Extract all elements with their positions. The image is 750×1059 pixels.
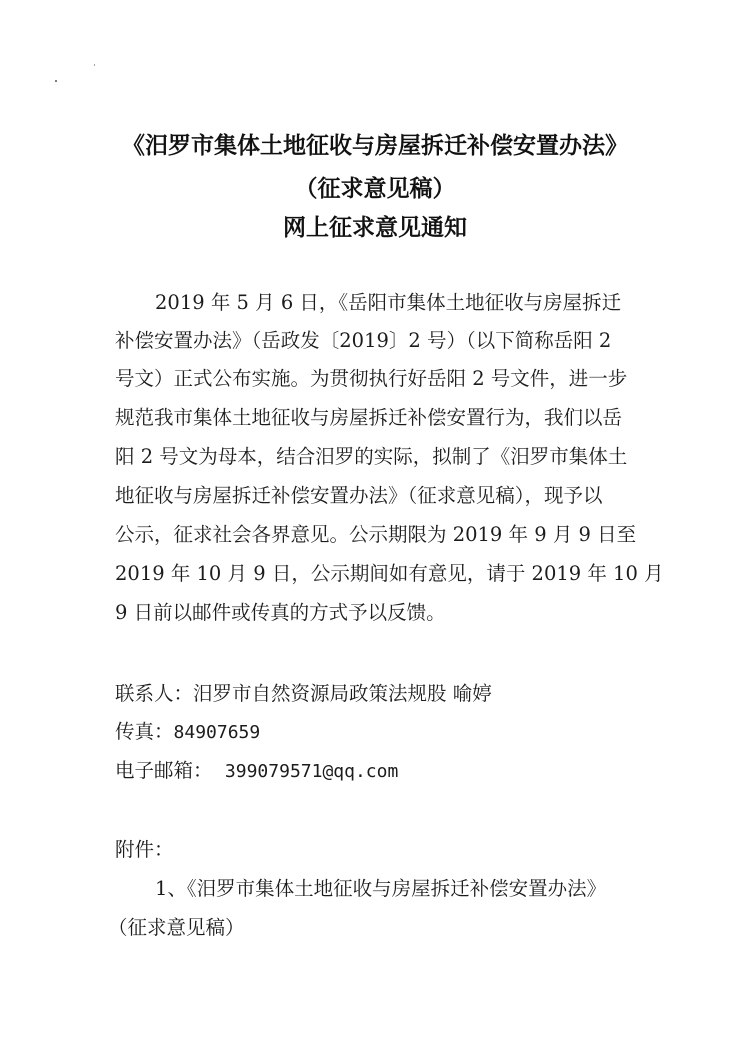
- document-title: 《汨罗市集体土地征收与房屋拆迁补偿安置办法》: [0, 127, 750, 160]
- contact-value: 汨罗市自然资源局政策法规股 喻婷: [193, 682, 492, 705]
- attachments-label: 附件：: [115, 834, 174, 862]
- body-line: 9 日前以邮件或传真的方式予以反馈。: [115, 597, 446, 625]
- fax-row: 传真：84907659: [115, 716, 260, 744]
- fax-label: 传真：: [115, 720, 174, 743]
- attachment-item: 1、《汨罗市集体土地征收与房屋拆迁补偿安置办法》: [155, 873, 606, 901]
- email-row: 电子邮箱： 399079571@qq.com: [115, 755, 398, 783]
- scan-speck: [55, 80, 57, 82]
- body-line: 阳 2 号文为母本，结合汨罗的实际，拟制了《汨罗市集体土: [115, 441, 627, 469]
- body-line: 公示，征求社会各界意见。公示期限为 2019 年 9 月 9 日至: [115, 519, 636, 547]
- document-subtitle: （征求意见稿）: [0, 170, 750, 203]
- body-line: 规范我市集体土地征收与房屋拆迁补偿安置行为，我们以岳: [115, 402, 622, 430]
- document-heading: 网上征求意见通知: [0, 209, 750, 242]
- attachment-item-continued: （征求意见稿）: [108, 912, 245, 940]
- body-line: 2019 年 5 月 6 日，《岳阳市集体土地征收与房屋拆迁: [155, 287, 621, 315]
- scan-speck: [94, 64, 95, 66]
- contact-label: 联系人：: [115, 682, 193, 705]
- body-line: 补偿安置办法》（岳政发〔2019〕2 号）（以下简称岳阳 2: [115, 325, 611, 353]
- body-line: 号文）正式公布实施。为贯彻执行好岳阳 2 号文件，进一步: [115, 363, 627, 391]
- email-value: 399079571@qq.com: [225, 761, 398, 782]
- contact-row: 联系人：汨罗市自然资源局政策法规股 喻婷: [115, 678, 492, 706]
- email-label: 电子邮箱：: [115, 759, 213, 782]
- fax-value: 84907659: [174, 722, 261, 743]
- body-line: 2019 年 10 月 9 日，公示期间如有意见，请于 2019 年 10 月: [115, 558, 664, 586]
- body-line: 地征收与房屋拆迁补偿安置办法》（征求意见稿），现予以: [115, 480, 603, 508]
